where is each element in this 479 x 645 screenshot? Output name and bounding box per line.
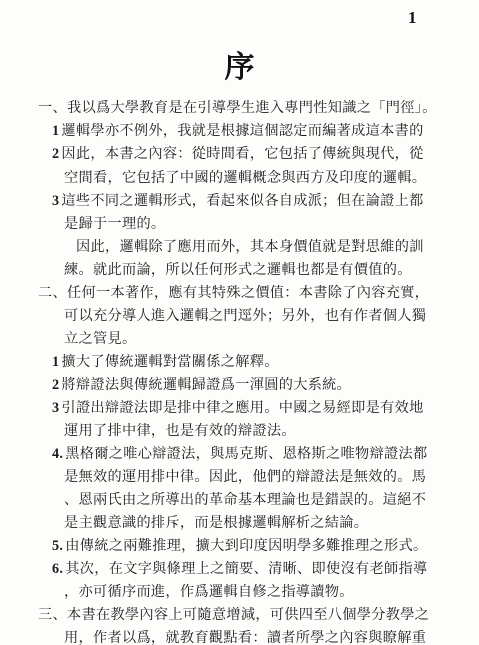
line-text: 可以充分導人進入邏輯之門逕外；另外，也有作者個人獨 — [64, 308, 426, 324]
text-line: 1邏輯學亦不例外，我就是根據這個認定而編著成這本書的 — [52, 120, 424, 142]
item-number: 1 — [52, 354, 59, 370]
text-line: 1擴大了傳統邏輯對當關係之解釋。 — [52, 351, 279, 373]
text-line: 5.由傳統之兩難推理，擴大到印度因明學多難推理之形式。 — [52, 535, 427, 557]
line-text: 因此，本書之內容：從時間看，它包括了傳統與現代，從 — [61, 146, 423, 162]
line-text: 立之管見。 — [64, 331, 136, 347]
text-line: 4.黑格爾之唯心辯證法，與馬克斯、恩格斯之唯物辯證法都 — [52, 443, 427, 465]
text-line: 3引證出辯證法即是排中律之應用。中國之易經即是有效地 — [52, 397, 424, 419]
line-text: 二、任何一本著作，應有其特殊之價值：本書除了內容充實， — [38, 285, 429, 301]
item-number: 1 — [52, 123, 59, 139]
text-line: 練。就此而論，所以任何形式之邏輯也都是有價值的。 — [64, 259, 412, 281]
text-line: 三、本書在教學內容上可隨意增減，可供四至八個學分教學之 — [38, 604, 429, 626]
line-text: 因此，邏輯除了應用而外，其本身價值就是對思維的訓 — [76, 239, 424, 255]
text-line: 立之管見。 — [64, 328, 136, 350]
text-line: ，亦可循序而進，作爲邏輯自修之指導讀物。 — [64, 581, 354, 603]
line-text: 這些不同之邏輯形式，看起來似各自成派；但在論證上都 — [61, 193, 423, 209]
line-text: 引證出辯證法即是排中律之應用。中國之易經即是有效地 — [61, 400, 423, 416]
line-text: 空間看，它包括了中國的邏輯概念與西方及印度的邏輯。 — [64, 170, 426, 186]
item-number: 4. — [52, 446, 63, 462]
line-text: 是主觀意識的排斥，而是根據邏輯解析之結論。 — [64, 515, 368, 531]
text-line: 、恩兩氏由之所導出的革命基本理論也是錯誤的。這絕不 — [64, 489, 426, 511]
text-line: 用，作者以爲，就教育觀點看：讀者所學之內容與瞭解重 — [64, 627, 426, 645]
item-number: 5. — [52, 538, 63, 554]
text-line: 是無效的運用排中律。因此，他們的辯證法是無效的。馬 — [64, 466, 426, 488]
text-line: 是主觀意識的排斥，而是根據邏輯解析之結論。 — [64, 512, 368, 534]
line-text: 由傳統之兩難推理，擴大到印度因明學多難推理之形式。 — [65, 538, 427, 554]
page-title: 序 — [0, 42, 479, 86]
text-line: 6.其次，在文字與條理上之簡要、清晰、即使沒有老師指導 — [52, 558, 427, 580]
text-line: 二、任何一本著作，應有其特殊之價值：本書除了內容充實， — [38, 282, 429, 304]
text-line: 2因此，本書之內容：從時間看，它包括了傳統與現代，從 — [52, 143, 424, 165]
line-text: 三、本書在教學內容上可隨意增減，可供四至八個學分教學之 — [38, 607, 429, 623]
text-line: 3這些不同之邏輯形式，看起來似各自成派；但在論證上都 — [52, 190, 424, 212]
text-line: 運用了排中律，也是有效的辯證法。 — [64, 420, 296, 442]
line-text: 是無效的運用排中律。因此，他們的辯證法是無效的。馬 — [64, 469, 426, 485]
item-number: 2 — [52, 146, 59, 162]
item-number: 2 — [52, 377, 59, 393]
item-number: 6. — [52, 561, 63, 577]
book-page: 1 序 一、我以爲大學教育是在引導學生進入專門性知識之「門徑」。1邏輯學亦不例外… — [0, 0, 479, 645]
line-text: 其次，在文字與條理上之簡要、清晰、即使沒有老師指導 — [65, 561, 427, 577]
line-text: 邏輯學亦不例外，我就是根據這個認定而編著成這本書的 — [61, 123, 423, 139]
line-text: 、恩兩氏由之所導出的革命基本理論也是錯誤的。這絕不 — [64, 492, 426, 508]
line-text: ，亦可循序而進，作爲邏輯自修之指導讀物。 — [64, 584, 354, 600]
line-text: 是歸于一理的。 — [64, 216, 165, 232]
line-text: 用，作者以爲，就教育觀點看：讀者所學之內容與瞭解重 — [64, 630, 426, 645]
line-text: 一、我以爲大學教育是在引導學生進入專門性知識之「門徑」。 — [38, 100, 437, 116]
text-line: 空間看，它包括了中國的邏輯概念與西方及印度的邏輯。 — [64, 167, 426, 189]
line-text: 運用了排中律，也是有效的辯證法。 — [64, 423, 296, 439]
text-line: 2將辯證法與傳統邏輯歸證爲一渾圓的大系統。 — [52, 374, 351, 396]
item-number: 3 — [52, 193, 59, 209]
line-text: 練。就此而論，所以任何形式之邏輯也都是有價值的。 — [64, 262, 412, 278]
line-text: 將辯證法與傳統邏輯歸證爲一渾圓的大系統。 — [61, 377, 351, 393]
text-line: 是歸于一理的。 — [64, 213, 165, 235]
text-line: 一、我以爲大學教育是在引導學生進入專門性知識之「門徑」。 — [38, 97, 437, 119]
text-line: 因此，邏輯除了應用而外，其本身價值就是對思維的訓 — [76, 236, 424, 258]
page-number: 1 — [408, 8, 417, 28]
item-number: 3 — [52, 400, 59, 416]
line-text: 黑格爾之唯心辯證法，與馬克斯、恩格斯之唯物辯證法都 — [65, 446, 427, 462]
text-line: 可以充分導人進入邏輯之門逕外；另外，也有作者個人獨 — [64, 305, 426, 327]
line-text: 擴大了傳統邏輯對當關係之解釋。 — [61, 354, 278, 370]
